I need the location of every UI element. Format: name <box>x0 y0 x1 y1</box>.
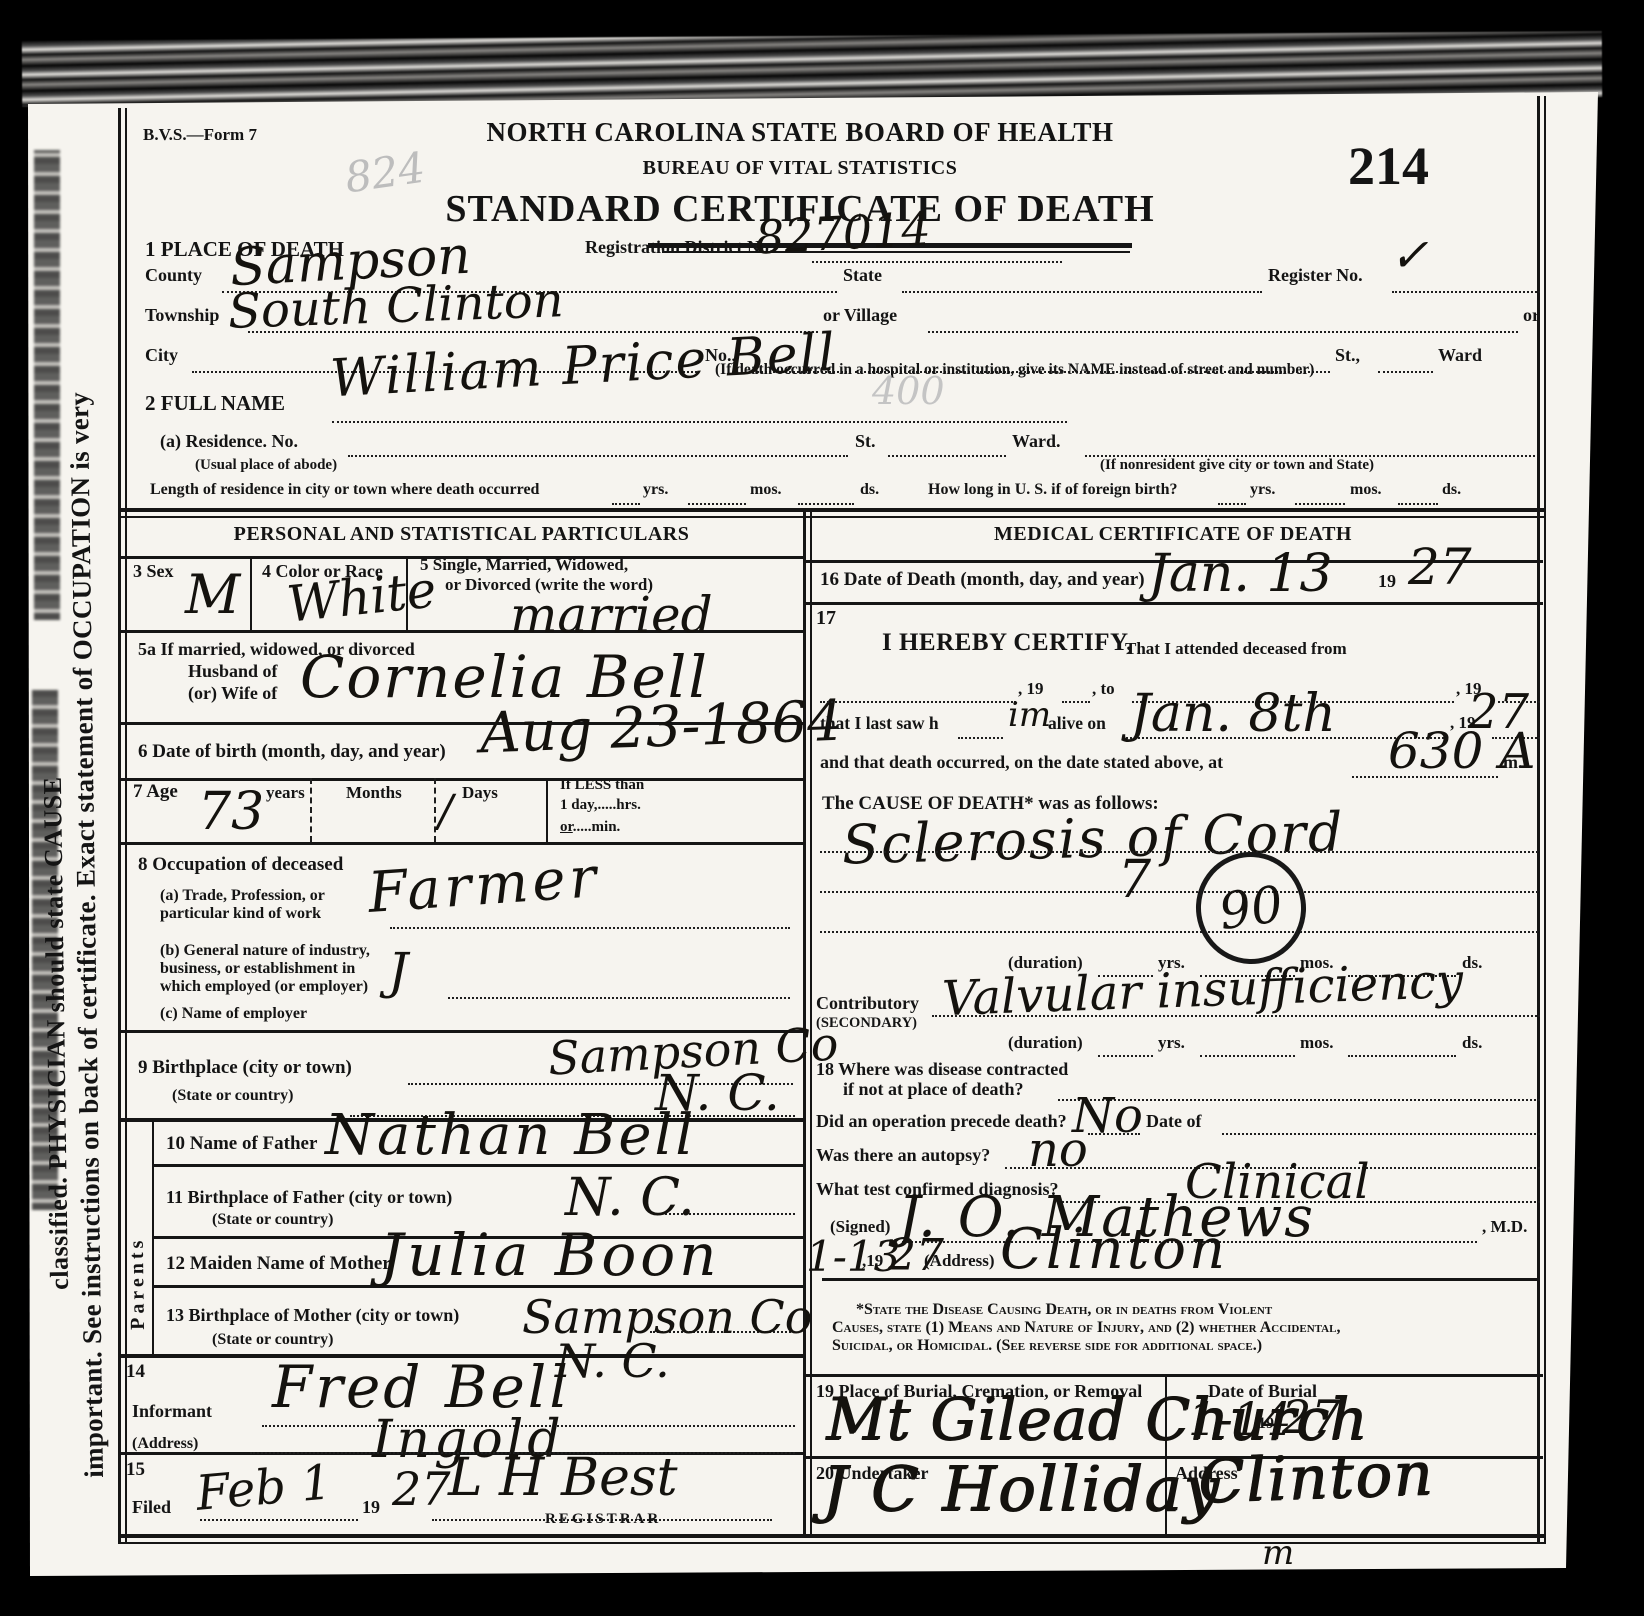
race-value: White <box>285 564 439 629</box>
city-label: City <box>145 346 178 365</box>
physician-address-label: (Address) <box>924 1252 995 1270</box>
residence-st-label: St. <box>855 432 876 451</box>
age-value: 73 <box>198 786 264 838</box>
foreign-yrs-label: yrs. <box>1250 482 1275 499</box>
undertaker-address-value: Clinton <box>1197 1444 1435 1512</box>
filed-year-written: 27 <box>392 1466 451 1512</box>
registrar-label: REGISTRAR <box>545 1512 661 1528</box>
duration-mos-2: mos. <box>1300 1034 1334 1052</box>
father-name-label: 10 Name of Father <box>166 1134 317 1154</box>
left-column-header: PERSONAL AND STATISTICAL PARTICULARS <box>120 524 803 545</box>
residence-ward-label: Ward. <box>1012 432 1061 451</box>
pencil-mark-name: 400 <box>872 372 945 410</box>
date-of-death-year: 27 <box>1408 542 1472 592</box>
duration-label-2: (duration) <box>1008 1034 1083 1052</box>
father-birthplace-label: 11 Birthplace of Father (city or town) <box>166 1188 452 1207</box>
disease-contracted-label-1: 18 Where was disease contracted <box>816 1060 1068 1079</box>
age-months-label: Months <box>346 784 402 802</box>
occupation-value: Farmer <box>366 850 602 922</box>
foreign-birth-label: How long in U. S. if of foreign birth? <box>928 482 1178 499</box>
length-ds-label: ds. <box>860 482 879 499</box>
footnote-line-2: Causes, state (1) Means and Nature of In… <box>832 1320 1340 1337</box>
last-saw-him: im <box>1008 698 1051 732</box>
signature-date-19: ,19 <box>862 1252 883 1270</box>
register-no-value: ✓ <box>1390 232 1429 278</box>
employer-pen-mark: J <box>388 946 408 996</box>
burial-date-19: 19 <box>1258 1416 1274 1433</box>
footnote-line-3: Suicidal, or Homicidal. (See reverse sid… <box>832 1338 1262 1355</box>
secondary-label: (SECONDARY) <box>816 1016 917 1031</box>
dob-value: Aug 23-1864 <box>479 694 844 763</box>
burial-date-year: 27 <box>1282 1394 1341 1440</box>
age-days-label: Days <box>462 784 498 802</box>
informant-value: Fred Bell <box>272 1358 571 1416</box>
less-than-label-2: 1 day,.....hrs. <box>560 798 641 814</box>
duration-ds-2: ds. <box>1462 1034 1482 1052</box>
form-border-right-inner <box>1544 96 1546 1544</box>
margin-note-outer: classified. PHYSICIAN should state CAUSE <box>39 776 73 1290</box>
full-name-label: 2 FULL NAME <box>145 392 285 414</box>
contributory-label: Contributory <box>816 994 919 1013</box>
certificate-paper: classified. PHYSICIAN should state CAUSE… <box>0 0 1644 1616</box>
marital-label-1: 5 Single, Married, Widowed, <box>420 556 628 574</box>
certify-lead: I HEREBY CERTIFY, <box>882 630 1133 656</box>
bureau-title: BUREAU OF VITAL STATISTICS <box>420 158 1180 179</box>
father-name-value: Nathan Bell <box>325 1108 696 1164</box>
village-or-label: or <box>1523 306 1540 325</box>
informant-label: Informant <box>132 1402 212 1421</box>
township-label: Township <box>145 306 219 325</box>
certify-text: That I attended deceased from <box>1125 640 1347 658</box>
spouse-label-2: Husband of <box>188 662 278 681</box>
undertaker-signature: J C Holliday <box>822 1458 1220 1520</box>
occupation-a-label-2: particular kind of work <box>160 906 321 923</box>
occupation-b-label-3: which employed (or employer) <box>160 979 368 996</box>
sex-label: 3 Sex <box>133 562 174 581</box>
date-of-death-19: 19 <box>1378 572 1396 591</box>
dob-label: 6 Date of birth (month, day, and year) <box>138 742 446 762</box>
board-title: NORTH CAROLINA STATE BOARD OF HEALTH <box>420 118 1180 146</box>
length-mos-label: mos. <box>750 482 782 499</box>
mother-birthplace-label: 13 Birthplace of Mother (city or town) <box>166 1306 459 1325</box>
disease-contracted-label-2: if not at place of death? <box>843 1080 1023 1099</box>
autopsy-label: Was there an autopsy? <box>816 1146 990 1165</box>
filed-number: 15 <box>126 1460 145 1480</box>
filed-date-value: Feb 1 <box>194 1458 333 1518</box>
nonresident-note: (If nonresident give city or town and St… <box>1100 458 1374 474</box>
mother-name-value: Julia Boon <box>380 1226 721 1284</box>
duration-yrs-2: yrs. <box>1158 1034 1185 1052</box>
last-saw-value: Jan. 8th <box>1130 688 1336 740</box>
township-value: South Clinton <box>227 276 564 336</box>
informant-address-label: (Address) <box>132 1436 198 1453</box>
full-name-value: William Price Bell <box>329 327 838 405</box>
form-border-left <box>118 108 121 1544</box>
county-label: County <box>145 266 202 285</box>
section-17-number: 17 <box>816 608 836 629</box>
cause-flourish-mark: 7 <box>1118 854 1151 906</box>
registration-district-label: Registration District No. <box>585 238 773 257</box>
age-days-mark: / <box>438 790 453 834</box>
form-code: B.V.S.—Form 7 <box>143 126 257 144</box>
less-than-label-3: or.....min. <box>560 820 620 836</box>
certify-to: , to <box>1092 680 1115 698</box>
father-birthplace-value: N. C. <box>565 1172 695 1224</box>
marital-value: married <box>510 590 713 640</box>
informant-number: 14 <box>126 1362 145 1382</box>
burial-date-value: 1-14 <box>1188 1396 1291 1442</box>
date-of-death-label: 16 Date of Death (month, day, and year) <box>820 570 1145 590</box>
footnote-line-1: *State the Disease Causing Death, or in … <box>856 1302 1272 1319</box>
residence-label: (a) Residence. No. <box>160 432 298 451</box>
foreign-ds-label: ds. <box>1442 482 1461 499</box>
last-saw-label: that I last saw h <box>820 714 939 732</box>
alive-on-label: alive on <box>1048 714 1106 732</box>
certificate-number: 214 <box>1348 138 1429 195</box>
md-label: , M.D. <box>1482 1218 1527 1236</box>
signature-date-value: 1-13 <box>806 1236 900 1278</box>
foreign-mos-label: mos. <box>1350 482 1382 499</box>
mother-birthplace-value-2: N. C. <box>555 1338 670 1384</box>
pencil-mark-top: 824 <box>342 147 427 200</box>
birthplace-label: 9 Birthplace (city or town) <box>138 1058 352 1078</box>
autopsy-value: no <box>1028 1126 1088 1174</box>
sex-value: M <box>185 568 240 622</box>
mother-name-label: 12 Maiden Name of Mother <box>166 1254 391 1274</box>
scanned-death-certificate: classified. PHYSICIAN should state CAUSE… <box>0 0 1644 1616</box>
death-time-m-label: m. <box>1503 753 1523 772</box>
spouse-label-3: (or) Wife of <box>188 684 277 703</box>
parents-group-label: Parents <box>127 1237 149 1330</box>
physician-address-value: Clinton <box>1000 1222 1228 1278</box>
age-years-label: years <box>266 784 305 802</box>
death-occurred-label: and that death occurred, on the date sta… <box>820 753 1223 772</box>
father-birthplace-sublabel: (State or country) <box>212 1212 333 1229</box>
length-yrs-label: yrs. <box>643 482 668 499</box>
length-residence-label: Length of residence in city or town wher… <box>150 482 539 499</box>
abode-note: (Usual place of abode) <box>195 458 337 474</box>
duration-ds-1: ds. <box>1462 954 1482 972</box>
mother-birthplace-sublabel: (State or country) <box>212 1332 333 1349</box>
employer-label: (c) Name of employer <box>160 1006 307 1023</box>
margin-note-inner: important. See instructions on back of c… <box>65 392 109 1478</box>
occupation-a-label-1: (a) Trade, Profession, or <box>160 888 325 905</box>
filed-year-printed: 19 <box>362 1498 380 1517</box>
birthplace-sublabel: (State or country) <box>172 1088 293 1105</box>
less-than-label-1: If LESS than <box>560 778 644 794</box>
register-no-label: Register No. <box>1268 266 1363 285</box>
filed-label: Filed <box>132 1498 171 1517</box>
margin-garbled-print <box>34 150 60 620</box>
age-label: 7 Age <box>133 782 178 802</box>
city-st-label: St., <box>1335 346 1360 365</box>
occupation-b-label-2: business, or establishment in <box>160 961 355 978</box>
occupation-b-label-1: (b) General nature of industry, <box>160 943 370 960</box>
registration-district-value: 827014 <box>754 205 932 260</box>
date-of-death-value: Jan. 13 <box>1148 548 1333 600</box>
operation-date-label: Date of <box>1146 1112 1201 1131</box>
occupation-label: 8 Occupation of deceased <box>138 855 343 875</box>
city-ward-label: Ward <box>1438 346 1482 365</box>
state-label: State <box>843 266 882 285</box>
registrar-signature: L H Best <box>448 1452 678 1504</box>
